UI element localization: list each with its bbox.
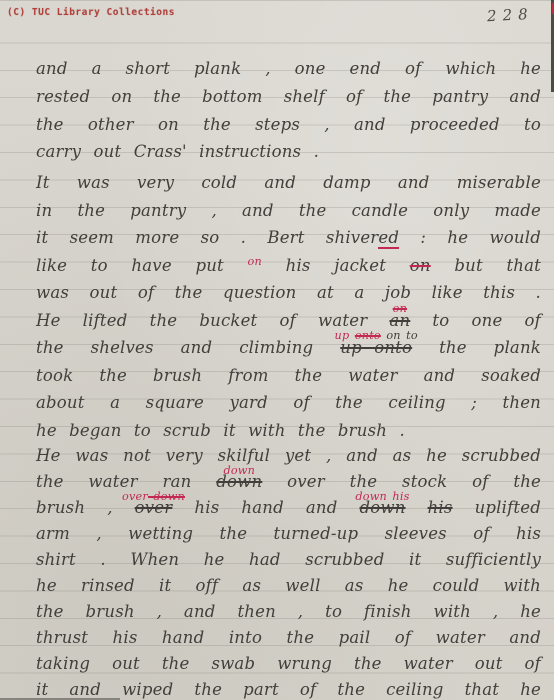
text-line: it and wiped the part of the ceiling tha… — [36, 677, 541, 700]
text-line: arm , wetting the turned-up sleeves of h… — [36, 521, 541, 547]
text-line: took the brush from the water and soaked — [36, 362, 541, 390]
interlinear-correction: over downover — [135, 495, 173, 521]
text-line: thrust his hand into the pail of water a… — [36, 625, 541, 651]
interlinear-correction: downdown — [216, 469, 262, 495]
red-ink-edit: on — [248, 254, 262, 267]
text-line: He was not very skilful yet , and as he … — [36, 443, 541, 469]
paragraph-2: It was very cold and damp and miserablei… — [36, 169, 541, 444]
paragraph-3: He was not very skilful yet , and as he … — [36, 443, 541, 700]
library-watermark: (C) TUC Library Collections — [7, 7, 175, 18]
page-number: 228 — [487, 5, 535, 25]
red-ink-edit: down — [223, 464, 255, 477]
text-line: was out of the question at a job like th… — [36, 279, 541, 307]
text-line: about a square yard of the ceiling ; the… — [36, 389, 541, 417]
inserted-words-above: up onto on to — [335, 330, 418, 341]
interlinear-correction: up onto on toup onto — [340, 334, 412, 362]
text-line: carry out Crass' instructions . — [36, 138, 541, 166]
text-line: taking out the swab wrung the water out … — [36, 651, 541, 677]
text-line: the other on the steps , and proceeded t… — [36, 111, 541, 139]
manuscript-page: (C) TUC Library Collections 228 and a sh… — [0, 0, 554, 700]
text-line: rested on the bottom shelf of the pantry… — [36, 83, 541, 111]
text-line: the shelves and climbing up onto on toup… — [36, 334, 541, 362]
inserted-words-above: over down — [122, 491, 185, 502]
red-ink-edit: over — [122, 490, 148, 503]
inserted-words-above: on — [393, 303, 407, 314]
struck-word: on — [410, 256, 431, 275]
text-line: it seem more so . Bert shivered : he wou… — [36, 224, 541, 252]
text-line: He lifted the bucket of water onan to on… — [36, 307, 541, 335]
text-line: he rinsed it off as well as he could wit… — [36, 573, 541, 599]
text-line: shirt . When he had scrubbed it sufficie… — [36, 547, 541, 573]
ink-word: on to — [381, 329, 418, 342]
text-line: like to have put on his jacket on but th… — [36, 252, 541, 280]
ink-word: ed — [378, 228, 399, 249]
text-line: It was very cold and damp and miserable — [36, 169, 541, 197]
red-ink-edit: on — [393, 302, 407, 315]
red-ink-edit: down his — [355, 490, 409, 503]
text-line: the brush , and then , to finish with , … — [36, 599, 541, 625]
text-line: in the pantry , and the candle only made — [36, 197, 541, 225]
struck-word: his — [428, 498, 453, 517]
red-ink-edit: down — [148, 490, 185, 503]
paragraph-1: and a short plank , one end of which her… — [36, 55, 541, 166]
text-line: he began to scrub it with the brush . — [36, 417, 541, 445]
inserted-words-above: down his — [355, 491, 409, 502]
inserted-words-above: down — [223, 465, 255, 476]
text-line: the water ran downdown over the stock of… — [36, 469, 541, 495]
red-ink-edit: up — [335, 329, 355, 342]
interlinear-correction: down hisdown — [360, 495, 406, 521]
text-line: brush , over downover his hand and down … — [36, 495, 541, 521]
red-ink-edit: onto — [355, 329, 381, 342]
text-line: and a short plank , one end of which he — [36, 55, 541, 83]
